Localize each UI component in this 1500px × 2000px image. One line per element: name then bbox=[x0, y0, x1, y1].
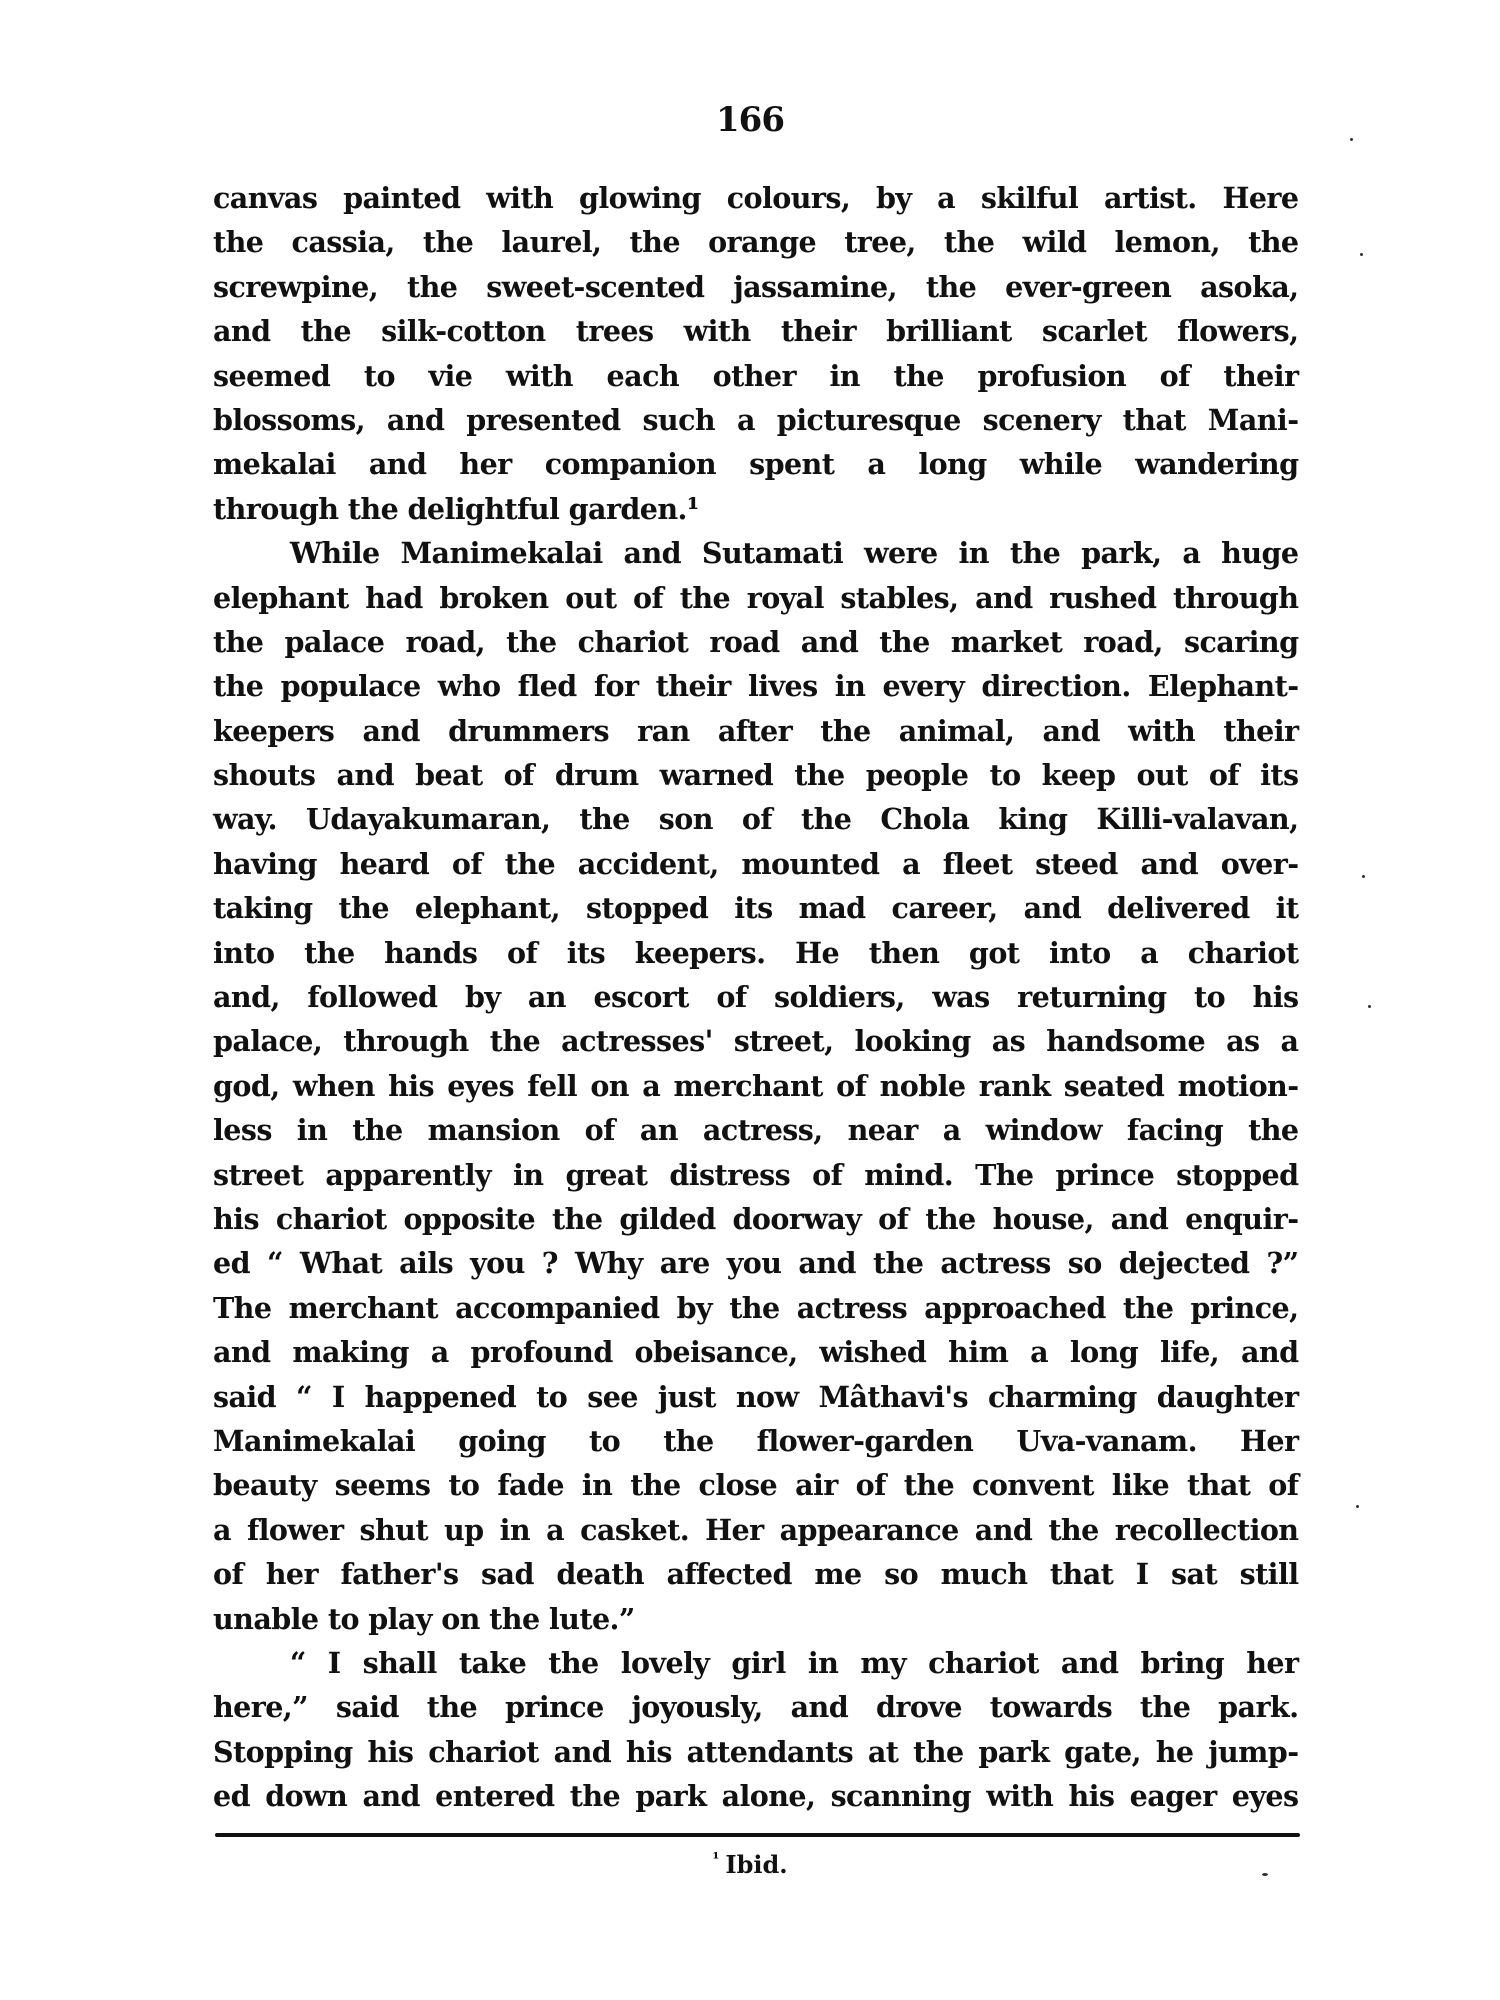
text-line: ed down and entered the park alone, scan… bbox=[213, 1774, 1298, 1818]
text-line: through the delightful garden.¹ bbox=[213, 487, 1298, 531]
text-line: ed “ What ails you ? Why are you and the… bbox=[213, 1241, 1298, 1285]
text-line: shouts and beat of drum warned the peopl… bbox=[213, 753, 1298, 797]
scan-speck bbox=[1262, 1873, 1268, 1876]
text-line: blossoms, and presented such a picturesq… bbox=[213, 398, 1298, 442]
text-line: canvas painted with glowing colours, by … bbox=[213, 176, 1298, 220]
text-line: said “ I happened to see just now Mâthav… bbox=[213, 1375, 1298, 1419]
text-line: here,” said the prince joyously, and dro… bbox=[213, 1685, 1298, 1729]
text-line: palace, through the actresses' street, l… bbox=[213, 1019, 1298, 1063]
text-line: less in the mansion of an actress, near … bbox=[213, 1108, 1298, 1152]
text-line: Manimekalai going to the flower-garden U… bbox=[213, 1419, 1298, 1463]
text-line: having heard of the accident, mounted a … bbox=[213, 842, 1298, 886]
text-line: unable to play on the lute.” bbox=[213, 1597, 1298, 1641]
paragraph-2: While Manimekalai and Sutamati were in t… bbox=[213, 531, 1315, 1641]
text-line: a flower shut up in a casket. Her appear… bbox=[213, 1508, 1298, 1552]
text-line: elephant had broken out of the royal sta… bbox=[213, 576, 1298, 620]
text-line: beauty seems to fade in the close air of… bbox=[213, 1463, 1298, 1507]
scan-speck bbox=[1362, 875, 1365, 878]
text-line: of her father's sad death affected me so… bbox=[213, 1552, 1298, 1596]
text-line: the cassia, the laurel, the orange tree,… bbox=[213, 220, 1298, 264]
scan-speck bbox=[1368, 1005, 1371, 1008]
paragraph-1: canvas painted with glowing colours, by … bbox=[213, 176, 1315, 531]
text-line: and, followed by an escort of soldiers, … bbox=[213, 975, 1298, 1019]
text-line: street apparently in great distress of m… bbox=[213, 1153, 1298, 1197]
text-line: screwpine, the sweet-scented jassamine, … bbox=[213, 265, 1298, 309]
scan-speck bbox=[1356, 1505, 1359, 1508]
footnote: ¹Ibid. bbox=[0, 1843, 1500, 1881]
scan-speck bbox=[1360, 253, 1363, 256]
text-line: While Manimekalai and Sutamati were in t… bbox=[213, 531, 1298, 575]
paragraph-3: “ I shall take the lovely girl in my cha… bbox=[213, 1641, 1315, 1819]
text-line: keepers and drummers ran after the anima… bbox=[213, 709, 1298, 753]
text-line: his chariot opposite the gilded doorway … bbox=[213, 1197, 1298, 1241]
text-line: and making a profound obeisance, wished … bbox=[213, 1330, 1298, 1374]
body-text: canvas painted with glowing colours, by … bbox=[213, 176, 1315, 1818]
text-line: Stopping his chariot and his attendants … bbox=[213, 1730, 1298, 1774]
text-line: way. Udayakumaran, the son of the Chola … bbox=[213, 797, 1298, 841]
text-line: the palace road, the chariot road and th… bbox=[213, 620, 1298, 664]
text-line: god, when his eyes fell on a merchant of… bbox=[213, 1064, 1298, 1108]
footnote-rule bbox=[215, 1833, 1300, 1837]
text-line: into the hands of its keepers. He then g… bbox=[213, 931, 1298, 975]
text-line: seemed to vie with each other in the pro… bbox=[213, 354, 1298, 398]
text-line: “ I shall take the lovely girl in my cha… bbox=[213, 1641, 1298, 1685]
scan-speck bbox=[1350, 138, 1353, 141]
text-line: taking the elephant, stopped its mad car… bbox=[213, 886, 1298, 930]
text-line: mekalai and her companion spent a long w… bbox=[213, 442, 1298, 486]
page-number: 166 bbox=[0, 98, 1500, 142]
text-line: The merchant accompanied by the actress … bbox=[213, 1286, 1298, 1330]
footnote-text: Ibid. bbox=[725, 1850, 787, 1879]
footnote-marker: ¹ bbox=[712, 1849, 719, 1868]
text-line: and the silk-cotton trees with their bri… bbox=[213, 309, 1298, 353]
text-line: the populace who fled for their lives in… bbox=[213, 664, 1298, 708]
